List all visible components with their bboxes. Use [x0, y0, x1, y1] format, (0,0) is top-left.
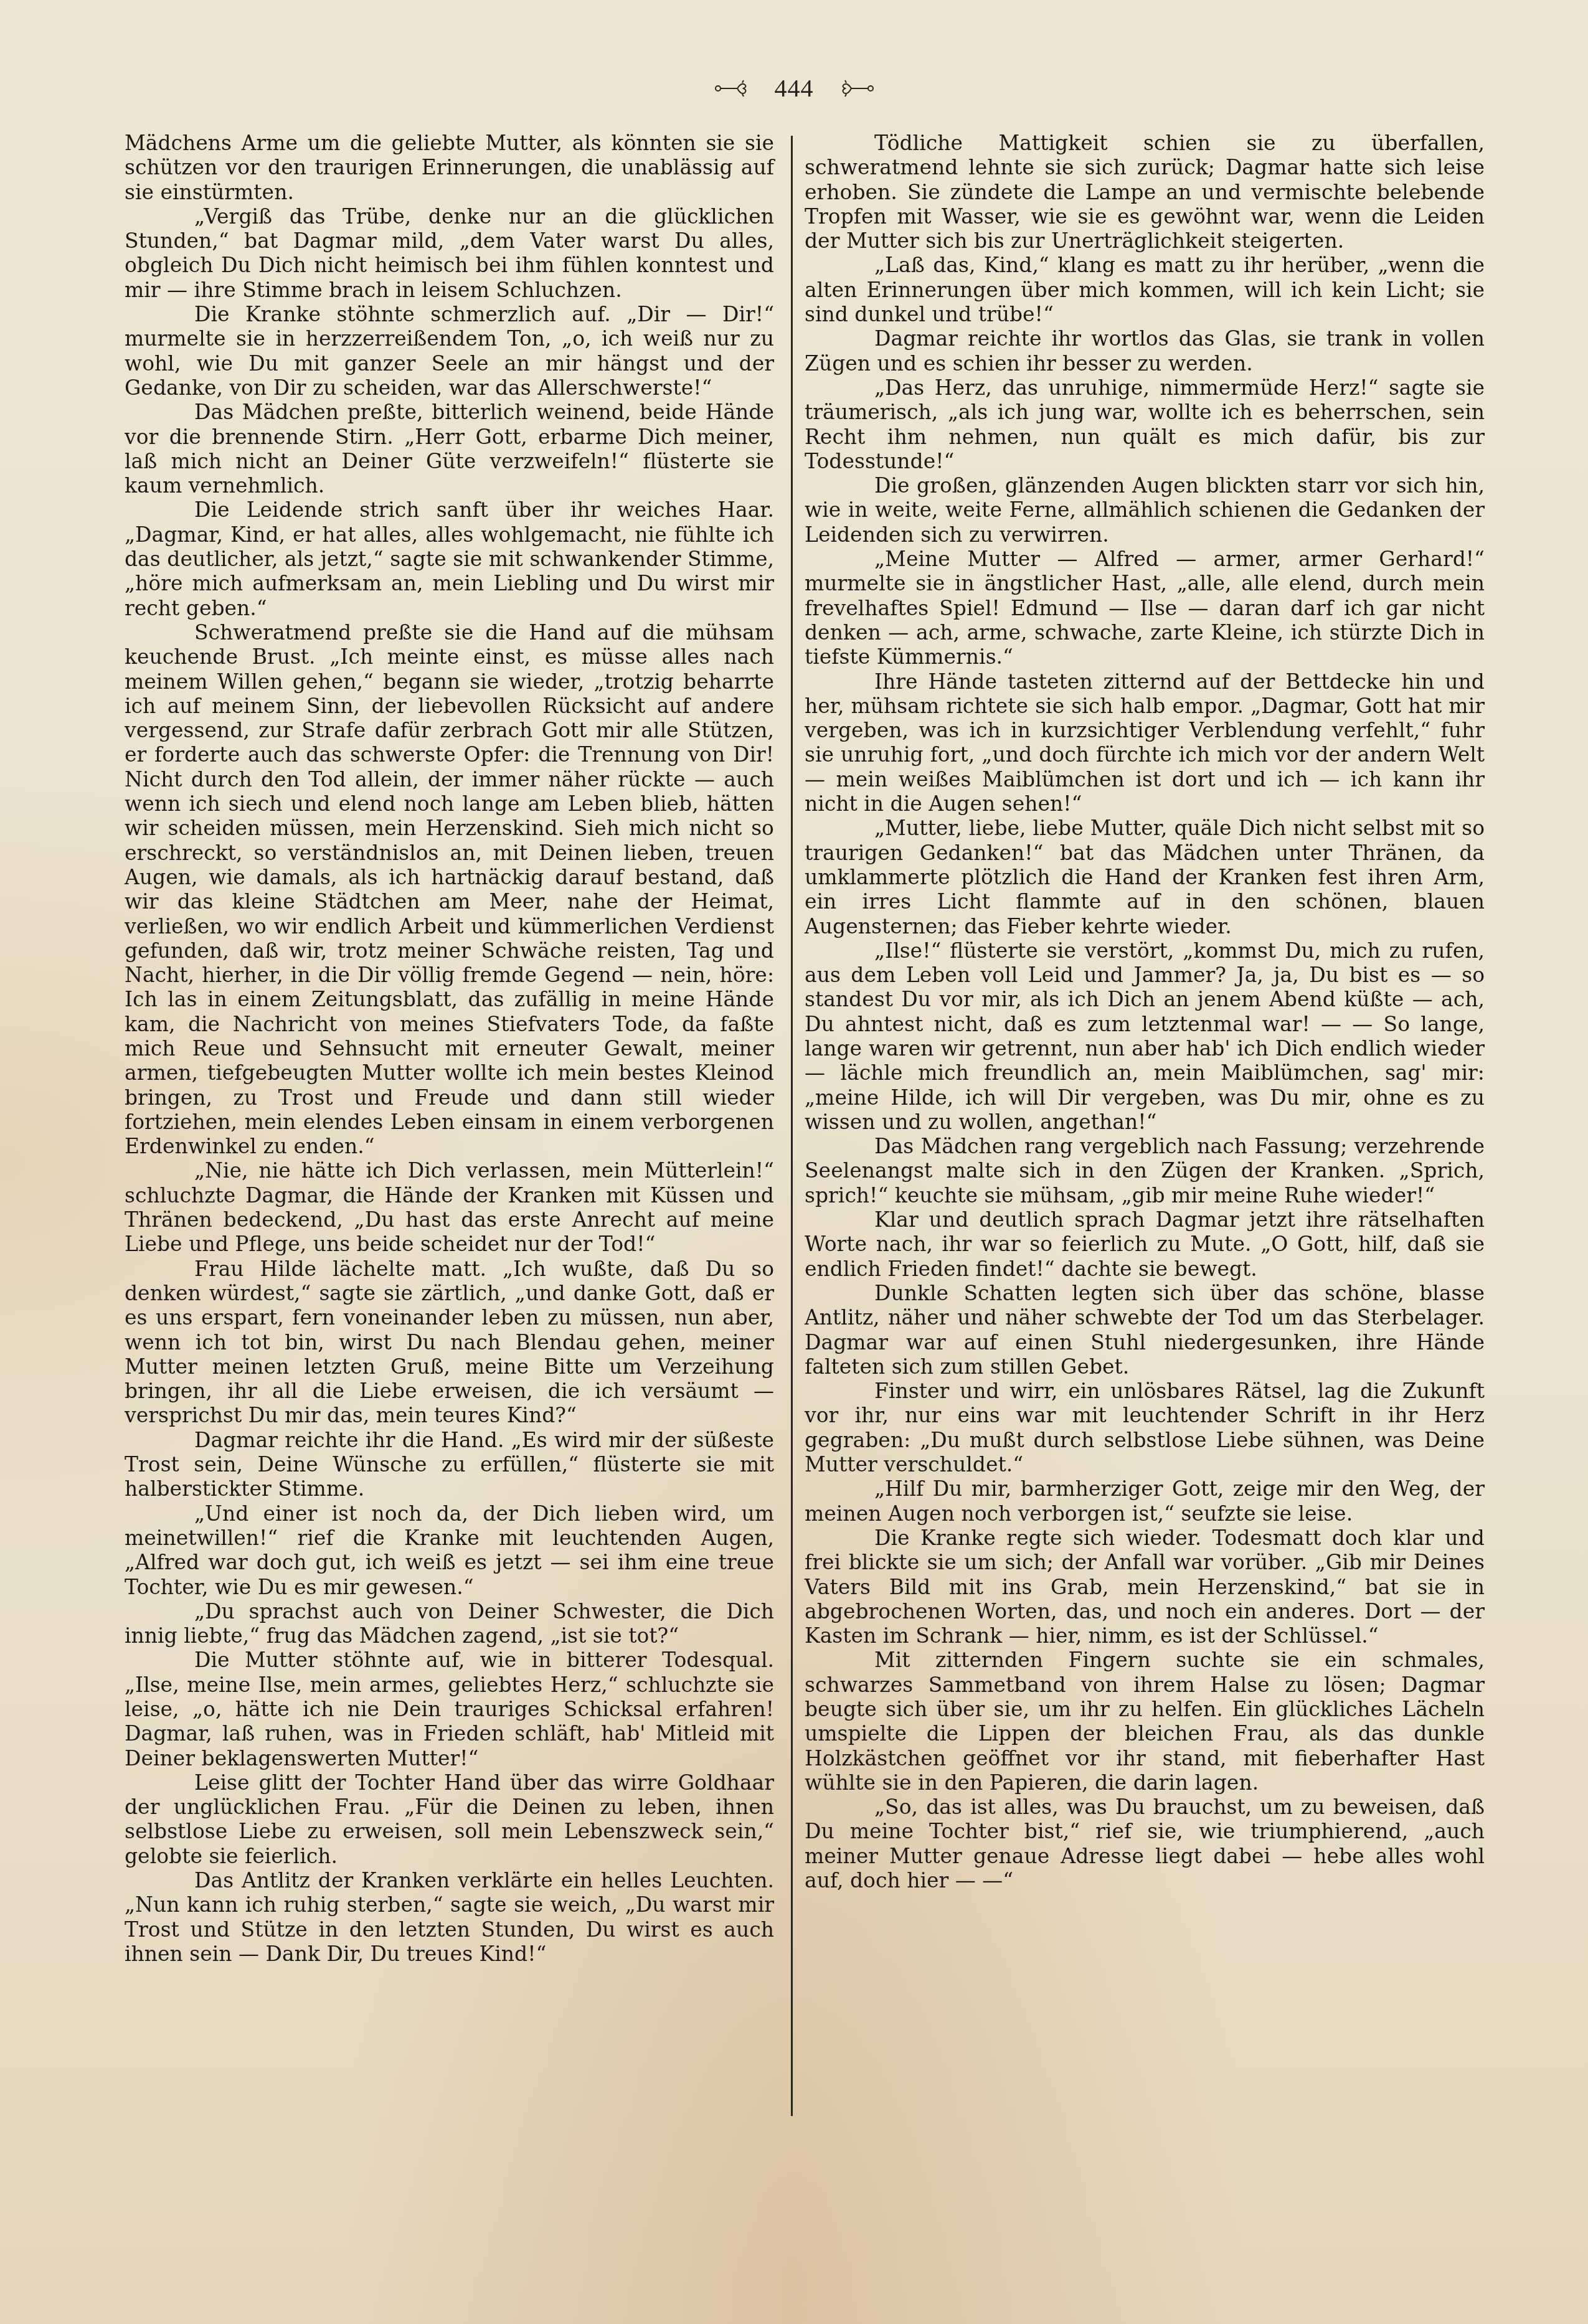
paragraph: Finster und wirr, ein unlösbares Rätsel,…: [805, 1379, 1485, 1476]
paragraph: Mit zitternden Fingern suchte sie ein sc…: [805, 1648, 1485, 1795]
flourish-right-icon: [835, 79, 874, 98]
paragraph: Das Mädchen preßte, bitterlich weinend, …: [125, 400, 774, 498]
paragraph: Frau Hilde lächelte matt. „Ich wußte, da…: [125, 1257, 774, 1428]
paragraph: Dagmar reichte ihr wortlos das Glas, sie…: [805, 326, 1485, 376]
paragraph: Dagmar reichte ihr die Hand. „Es wird mi…: [125, 1428, 774, 1501]
paragraph: Die Mutter stöhnte auf, wie in bitterer …: [125, 1648, 774, 1770]
paragraph: „Meine Mutter — Alfred — armer, armer Ge…: [805, 547, 1485, 669]
paragraph: Die Kranke regte sich wieder. Todesmatt …: [805, 1526, 1485, 1648]
paragraph: „Nie, nie hätte ich Dich verlassen, mein…: [125, 1158, 774, 1256]
paragraph: Das Mädchen rang vergeblich nach Fassung…: [805, 1134, 1485, 1207]
paragraph: „So, das ist alles, was Du brauchst, um …: [805, 1795, 1485, 1892]
paragraph: Die großen, glänzenden Augen blickten st…: [805, 473, 1485, 547]
paragraph: „Vergiß das Trübe, denke nur an die glüc…: [125, 204, 774, 302]
paragraph: Tödliche Mattigkeit schien sie zu überfa…: [805, 131, 1485, 253]
right-text-column: Tödliche Mattigkeit schien sie zu überfa…: [805, 131, 1485, 1892]
page-header: 444: [0, 73, 1588, 103]
paragraph: Schweratmend preßte sie die Hand auf die…: [125, 620, 774, 1159]
paragraph: Die Kranke stöhnte schmerzlich auf. „Dir…: [125, 302, 774, 400]
paragraph: Das Antlitz der Kranken verklärte ein he…: [125, 1868, 774, 1966]
paragraph: Mädchens Arme um die geliebte Mutter, al…: [125, 131, 774, 204]
paragraph: Die Leidende strich sanft über ihr weich…: [125, 498, 774, 620]
paragraph: Klar und deutlich sprach Dagmar jetzt ih…: [805, 1207, 1485, 1281]
page-number: 444: [775, 73, 814, 103]
paragraph: „Du sprachst auch von Deiner Schwester, …: [125, 1599, 774, 1648]
paragraph: „Und einer ist noch da, der Dich lieben …: [125, 1501, 774, 1599]
paragraph: „Laß das, Kind,“ klang es matt zu ihr he…: [805, 253, 1485, 326]
paragraph: Dunkle Schatten legten sich über das sch…: [805, 1281, 1485, 1379]
paragraph: „Mutter, liebe, liebe Mutter, quäle Dich…: [805, 816, 1485, 938]
paragraph: Ihre Hände tasteten zitternd auf der Bet…: [805, 669, 1485, 816]
paragraph: „Das Herz, das unruhige, nimmermüde Herz…: [805, 376, 1485, 473]
paragraph: Leise glitt der Tochter Hand über das wi…: [125, 1770, 774, 1868]
paragraph: „Ilse!“ flüsterte sie verstört, „kommst …: [805, 938, 1485, 1134]
column-divider: [791, 136, 793, 2116]
left-text-column: Mädchens Arme um die geliebte Mutter, al…: [125, 131, 774, 1966]
paragraph: „Hilf Du mir, barmherziger Gott, zeige m…: [805, 1476, 1485, 1526]
flourish-left-icon: [715, 79, 754, 98]
